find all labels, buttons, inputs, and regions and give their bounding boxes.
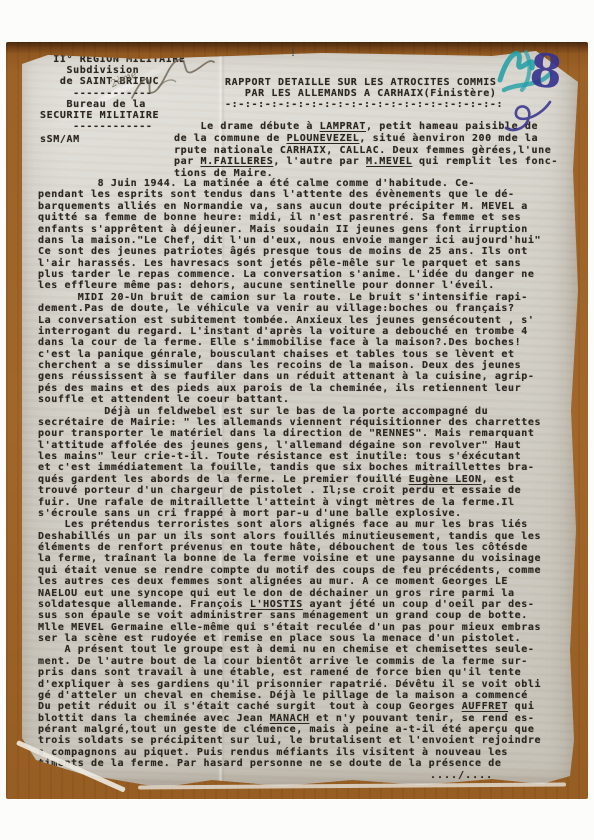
report-body: 8 Juin 1944. La matinée a été calme comm…: [38, 178, 541, 770]
photo-background: II° REGION MILITAIRE Subdivision de SAIN…: [6, 42, 588, 799]
continuation-mark: ..../....: [430, 770, 493, 781]
intro-paragraph: Le drame débute à LAMPRAT, petit hameau …: [174, 121, 558, 180]
report-title: RAPPORT DETAILLE SUR LES ATROCITES COMMI…: [225, 77, 503, 111]
unit-header: II° REGION MILITAIRE Subdivision de SAIN…: [40, 54, 186, 132]
unit-reference: sSM/AM: [40, 134, 80, 145]
bottom-edge-highlight: [138, 783, 566, 790]
document-paper: II° REGION MILITAIRE Subdivision de SAIN…: [22, 50, 578, 786]
